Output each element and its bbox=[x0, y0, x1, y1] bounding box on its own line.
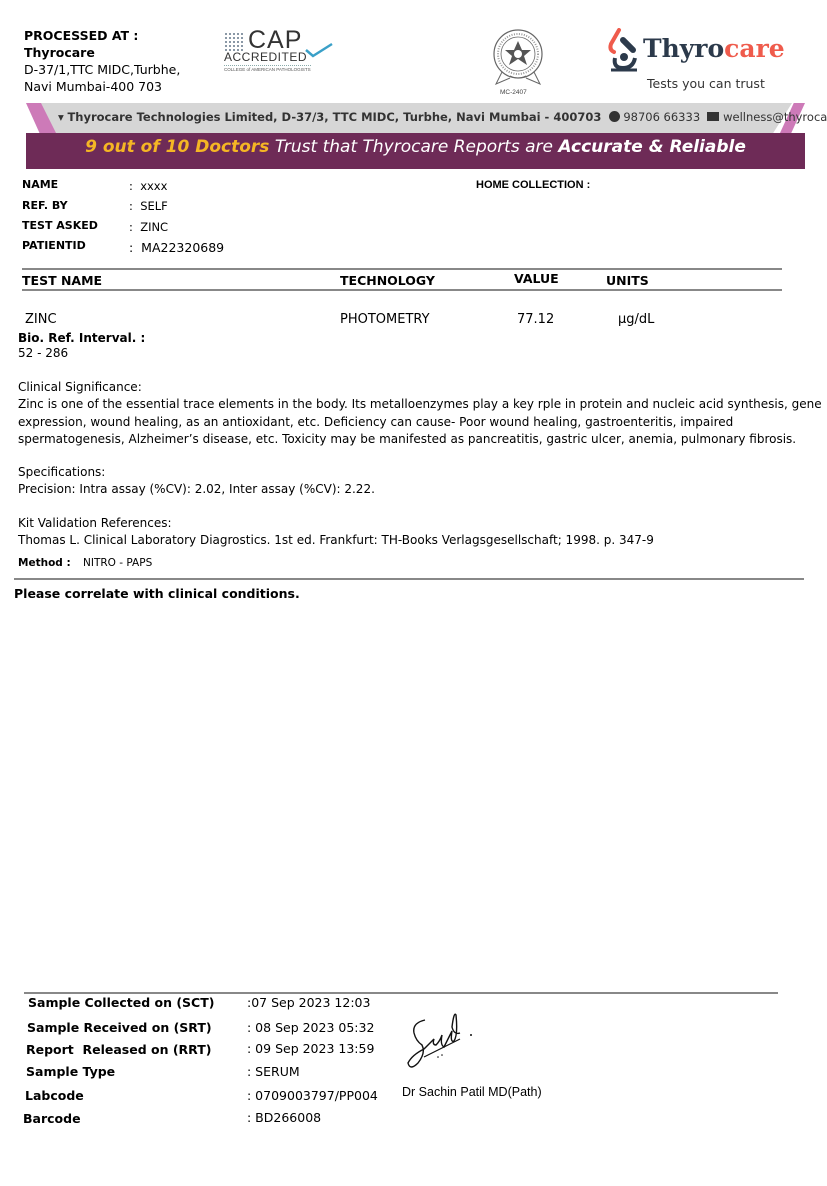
report-released-value: : 09 Sep 2023 13:59 bbox=[247, 1041, 374, 1056]
signatory-name: Dr Sachin Patil MD(Path) bbox=[402, 1085, 542, 1099]
nabl-code: MC-2407 bbox=[500, 89, 527, 96]
labcode-value: : 0709003797/PP004 bbox=[247, 1088, 378, 1103]
correlate-note: Please correlate with clinical condition… bbox=[14, 586, 300, 601]
sample-collected-label: Sample Collected on (SCT) bbox=[28, 995, 214, 1010]
col-test-name: TEST NAME bbox=[22, 273, 102, 288]
patient-name-label: NAME bbox=[22, 178, 58, 191]
report-released-label: Report Released on (RRT) bbox=[26, 1042, 211, 1057]
lab-address-line1: D-37/1,TTC MIDC,Turbhe, bbox=[24, 61, 180, 78]
method-value: NITRO - PAPS bbox=[83, 557, 152, 569]
col-technology: TECHNOLOGY bbox=[340, 273, 435, 288]
company-address: Thyrocare Technologies Limited, D-37/3, … bbox=[67, 110, 601, 124]
whatsapp-icon bbox=[609, 111, 620, 122]
col-units: UNITS bbox=[606, 273, 649, 288]
specifications-title: Specifications: bbox=[18, 463, 105, 481]
clinical-significance-title: Clinical Significance: bbox=[18, 378, 142, 396]
method-label: Method : bbox=[18, 557, 71, 569]
lab-name: Thyrocare bbox=[24, 44, 180, 61]
cap-subtitle: ACCREDITED bbox=[224, 50, 307, 64]
processed-at-label: PROCESSED AT : bbox=[24, 27, 180, 44]
sample-type-label: Sample Type bbox=[26, 1064, 115, 1079]
brand-tagline: Tests you can trust bbox=[647, 76, 765, 91]
checkmark-icon bbox=[304, 42, 334, 58]
divider bbox=[22, 289, 782, 291]
patient-id-value: : MA22320689 bbox=[129, 240, 224, 255]
cap-accredited-logo: CAP ACCREDITED COLLEGE of AMERICAN PATHO… bbox=[224, 30, 339, 74]
col-value: VALUE bbox=[514, 271, 559, 286]
ref-interval-label: Bio. Ref. Interval. : bbox=[18, 331, 145, 345]
sample-type-value: : SERUM bbox=[247, 1064, 300, 1079]
lab-address-line2: Navi Mumbai-400 703 bbox=[24, 78, 180, 95]
result-technology: PHOTOMETRY bbox=[340, 312, 430, 327]
ref-by-value: : SELF bbox=[129, 199, 168, 213]
processed-at-block: PROCESSED AT : Thyrocare D-37/1,TTC MIDC… bbox=[24, 27, 180, 95]
email-icon bbox=[707, 112, 719, 121]
result-value: 77.12 bbox=[517, 312, 554, 327]
divider bbox=[22, 268, 782, 270]
patient-name-value: : xxxx bbox=[129, 179, 167, 193]
location-pin-icon: ▾ bbox=[58, 110, 64, 124]
company-email[interactable]: wellness@thyrocare.com bbox=[723, 110, 827, 124]
test-asked-value: : ZINC bbox=[129, 220, 168, 234]
kit-validation-title: Kit Validation References: bbox=[18, 514, 172, 532]
result-test-name: ZINC bbox=[25, 312, 57, 327]
barcode-value: : BD266008 bbox=[247, 1110, 321, 1125]
clinical-line-1: Zinc is one of the essential trace eleme… bbox=[18, 395, 822, 413]
slogan: 9 out of 10 Doctors Trust that Thyrocare… bbox=[26, 137, 805, 157]
ref-by-label: REF. BY bbox=[22, 199, 68, 212]
divider bbox=[14, 578, 804, 580]
barcode-label: Barcode bbox=[23, 1111, 81, 1126]
clinical-line-2: expression, wound healing, as an antioxi… bbox=[18, 413, 733, 431]
home-collection-label: HOME COLLECTION : bbox=[476, 179, 590, 191]
sample-received-label: Sample Received on (SRT) bbox=[27, 1020, 212, 1035]
company-phone: 98706 66333 bbox=[623, 110, 700, 124]
clinical-line-3: spermatogenesis, Alzheimer’s disease, et… bbox=[18, 430, 796, 448]
labcode-label: Labcode bbox=[25, 1088, 84, 1103]
sample-received-value: : 08 Sep 2023 05:32 bbox=[247, 1020, 374, 1035]
specifications-text: Precision: Intra assay (%CV): 2.02, Inte… bbox=[18, 480, 375, 498]
result-units: µg/dL bbox=[618, 312, 654, 327]
cap-caption: COLLEGE of AMERICAN PATHOLOGISTS bbox=[224, 65, 311, 72]
brand-name: Thyrocare bbox=[643, 34, 785, 63]
kit-validation-text: Thomas L. Clinical Laboratory Diagrostic… bbox=[18, 531, 654, 549]
signature-icon bbox=[400, 1005, 480, 1075]
nabl-seal-icon bbox=[488, 28, 548, 88]
test-asked-label: TEST ASKED bbox=[22, 219, 98, 232]
cap-dots-icon bbox=[224, 32, 244, 52]
patient-id-label: PATIENTID bbox=[22, 239, 86, 252]
ref-interval-value: 52 - 286 bbox=[18, 346, 68, 360]
sample-collected-value: :07 Sep 2023 12:03 bbox=[247, 995, 370, 1010]
divider bbox=[24, 992, 778, 994]
contact-line: ▾ Thyrocare Technologies Limited, D-37/3… bbox=[58, 110, 827, 124]
microscope-drop-icon bbox=[607, 28, 641, 72]
